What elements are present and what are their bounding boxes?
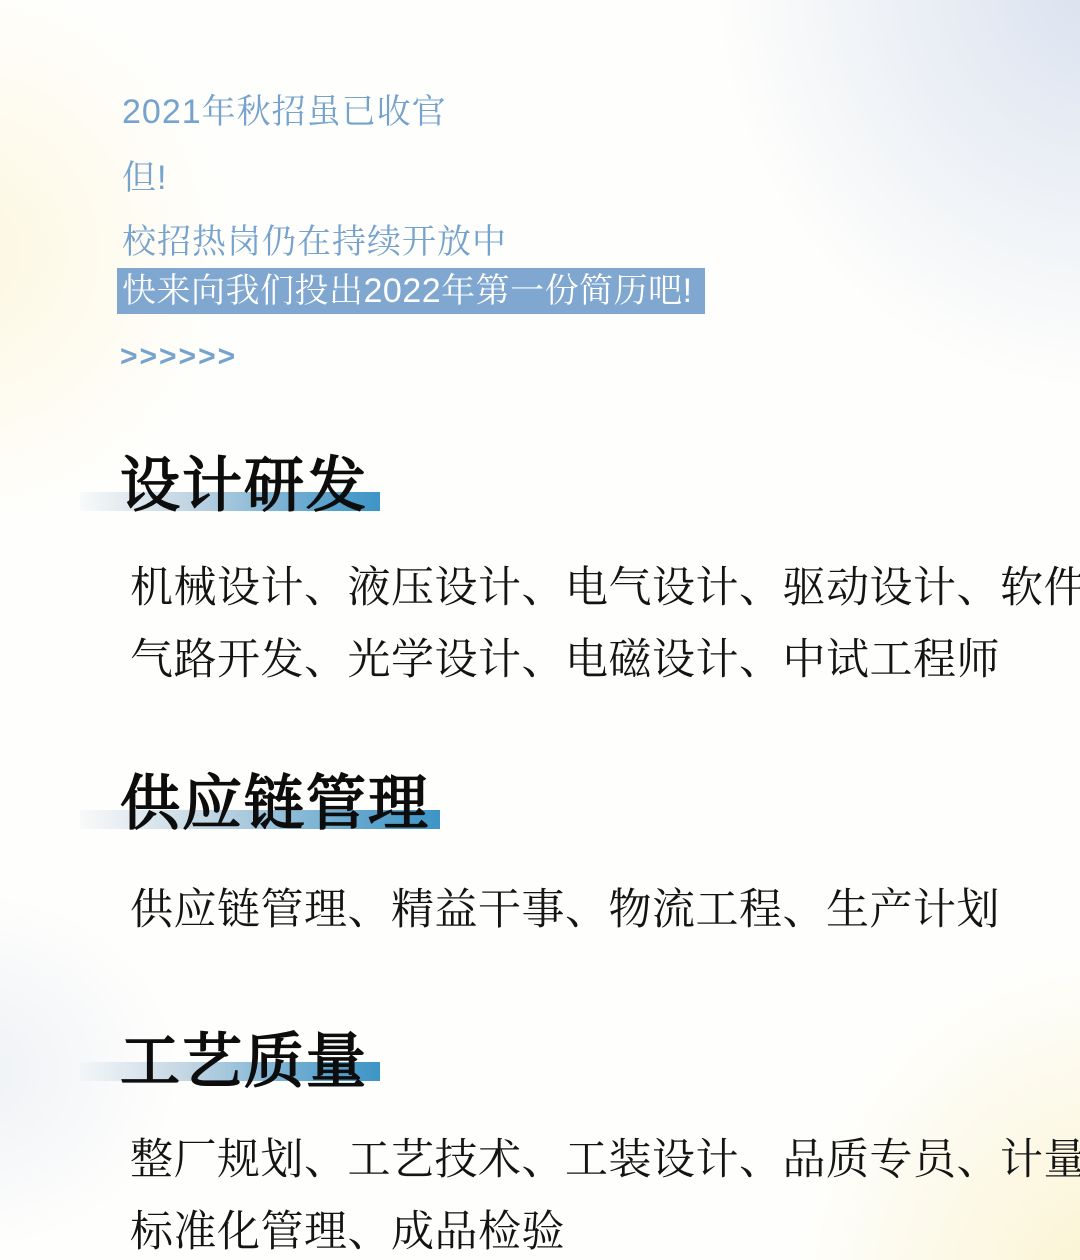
jobs-list-design-rd-line-1: 机械设计、液压设计、电气设计、驱动设计、软件开发、 bbox=[130, 554, 1080, 615]
section-title-design-rd: 设计研发 bbox=[120, 438, 368, 524]
jobs-list-process-quality-line-2: 标准化管理、成品检验 bbox=[130, 1198, 565, 1259]
intro-line-2: 但! bbox=[122, 150, 167, 199]
chevron-arrows-icon: >>>>>> bbox=[120, 340, 237, 374]
section-title-supply-chain: 供应链管理 bbox=[120, 756, 430, 842]
jobs-list-supply-chain-line-1: 供应链管理、精益干事、物流工程、生产计划 bbox=[130, 876, 1000, 937]
jobs-list-design-rd-line-2: 气路开发、光学设计、电磁设计、中试工程师 bbox=[130, 626, 1000, 687]
intro-line-3: 校招热岗仍在持续开放中 bbox=[122, 214, 507, 263]
recruitment-poster: 2021年秋招虽已收官 但! 校招热岗仍在持续开放中 快来向我们投出2022年第… bbox=[0, 0, 1080, 1260]
jobs-list-process-quality-line-1: 整厂规划、工艺技术、工装设计、品质专员、计量管理、 bbox=[130, 1126, 1080, 1187]
intro-highlight-banner: 快来向我们投出2022年第一份简历吧! bbox=[117, 268, 705, 314]
intro-line-1: 2021年秋招虽已收官 bbox=[122, 84, 447, 133]
section-title-process-quality: 工艺质量 bbox=[120, 1014, 368, 1100]
